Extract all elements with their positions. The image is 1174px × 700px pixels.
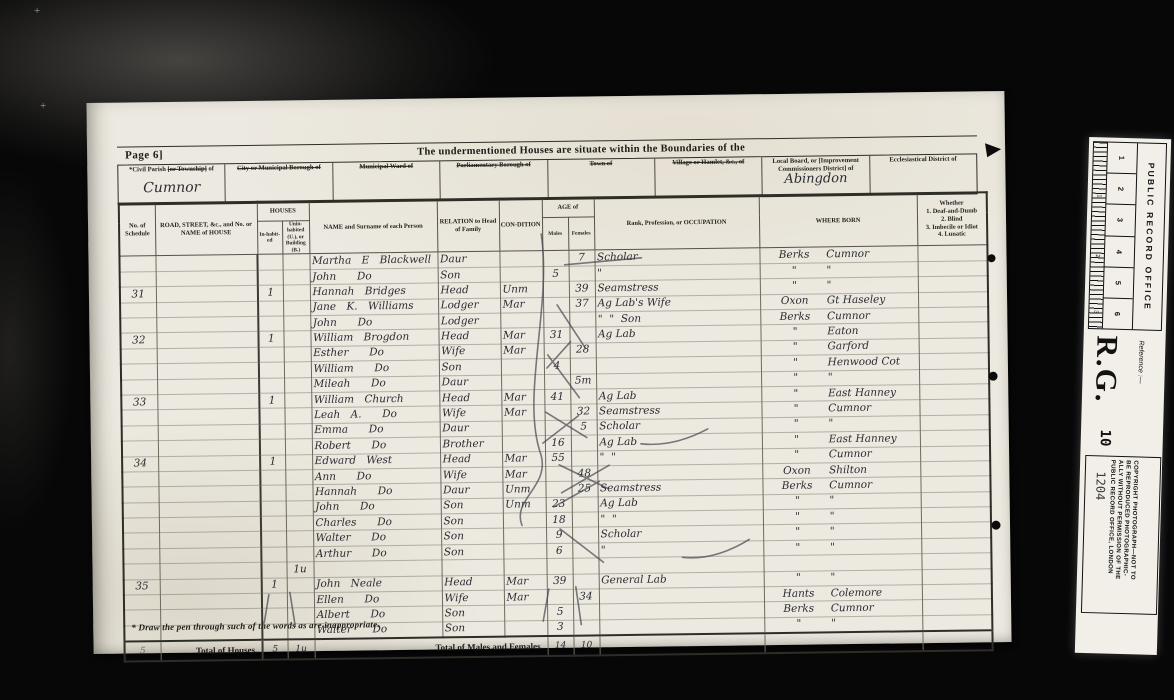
parliamentary-borough-label: Parliamentary Borough of xyxy=(443,161,543,171)
cell-road-street xyxy=(160,578,262,595)
cell-relation: Head xyxy=(438,282,500,298)
cell-road-street xyxy=(159,547,261,564)
cell-houses-uninhabited xyxy=(287,577,314,593)
cell-houses-uninhabited: 1u xyxy=(286,562,313,578)
born-place: Cumnor xyxy=(831,601,917,615)
header-where-born: WHERE BORN xyxy=(759,193,918,248)
cell-condition: Mar xyxy=(502,466,545,482)
cell-houses-inhabited xyxy=(260,470,285,486)
cell-age-male: 16 xyxy=(545,435,571,451)
cell-age-male: 55 xyxy=(545,451,571,467)
cell-road-street xyxy=(158,439,260,456)
cell-houses-uninhabited xyxy=(283,300,310,316)
cell-schedule-number: 35 xyxy=(124,579,160,595)
total-houses-label: Total of Houses.. xyxy=(160,640,262,661)
cell-relation: Wife xyxy=(442,590,504,606)
pro-reference-strip: 1 2 3 1 2 3 4 5 6 PUBLIC RECORD OFFICE R… xyxy=(1075,137,1171,655)
registration-cross-mark: + xyxy=(34,5,40,17)
ruler-cell: 6 xyxy=(1102,298,1133,329)
cell-age-male xyxy=(545,466,571,482)
cell-schedule-number xyxy=(121,364,157,380)
ruler-cell: 5 xyxy=(1103,267,1134,299)
cell-person-name: Walter Do xyxy=(313,529,441,546)
cell-road-street xyxy=(155,255,257,272)
cell-schedule-number xyxy=(122,425,158,441)
cell-houses-inhabited xyxy=(262,593,287,609)
cell-houses-uninhabited xyxy=(283,269,310,285)
cell-road-street xyxy=(156,332,258,349)
box-municipal-borough: City or Municipal Borough of xyxy=(226,163,334,202)
cell-road-street xyxy=(160,593,262,610)
born-county: " xyxy=(764,433,828,447)
cell-condition: Mar xyxy=(502,451,545,467)
cell-infirmity xyxy=(919,399,989,415)
cell-condition xyxy=(502,436,545,452)
cell-infirmity xyxy=(920,414,990,430)
cell-infirmity xyxy=(920,476,990,492)
village-label: Village or Hamlet, &c., of xyxy=(658,158,758,168)
born-county: " xyxy=(763,341,827,355)
cell-schedule-number xyxy=(122,487,158,503)
ecclesiastical-district-label: Ecclesiastical District of xyxy=(873,155,973,165)
cell-age-female xyxy=(569,312,595,328)
cell-schedule-number: 34 xyxy=(122,456,158,472)
cell-houses-uninhabited xyxy=(285,423,312,439)
cell-age-male: 5 xyxy=(547,605,573,621)
cell-road-street xyxy=(157,378,259,395)
cell-age-male xyxy=(544,374,570,390)
cell-houses-inhabited xyxy=(261,501,286,517)
cell-road-street xyxy=(157,393,259,410)
cell-age-male xyxy=(544,405,570,421)
cell-schedule-number xyxy=(121,379,157,395)
born-county: " xyxy=(765,495,829,509)
cell-houses-inhabited: 1 xyxy=(258,285,283,301)
cell-age-male: 31 xyxy=(543,328,569,344)
cell-relation: Son xyxy=(441,529,503,545)
cell-relation: Son xyxy=(438,267,500,283)
born-place: " xyxy=(829,494,915,508)
cell-condition: Mar xyxy=(501,343,544,359)
census-table: No. of Schedule ROAD, STREET, &c., and N… xyxy=(118,191,994,663)
cell-infirmity xyxy=(919,368,989,384)
cell-person-name: John Do xyxy=(310,314,438,331)
born-county: Berks xyxy=(767,602,831,616)
cell-person-name: John Do xyxy=(310,268,438,285)
header-infirmity: Whether 1. Deaf-and-Dumb 2. Blind 3. Imb… xyxy=(917,192,988,246)
cell-infirmity xyxy=(919,338,989,354)
born-county: " xyxy=(764,402,828,416)
cell-schedule-number xyxy=(121,348,157,364)
cell-age-female: 37 xyxy=(569,296,595,312)
cell-age-male: 4 xyxy=(544,358,570,374)
cell-relation: Son xyxy=(441,498,503,514)
cell-person-name: John Do xyxy=(313,499,441,516)
cell-infirmity xyxy=(921,491,991,507)
cell-relation: Daur xyxy=(440,421,502,437)
ruler-cell-number: 6 xyxy=(1113,312,1122,316)
cell-houses-uninhabited xyxy=(285,469,312,485)
header-inhabited: In-habit-ed xyxy=(257,221,282,255)
cell-infirmity xyxy=(921,538,991,554)
header-condition: CON-DITION xyxy=(499,198,543,251)
cell-infirmity xyxy=(918,322,988,338)
born-place: " xyxy=(831,617,917,631)
cell-person-name: Jane K. Williams xyxy=(310,299,438,316)
cell-infirmity xyxy=(918,276,988,292)
total-females: 10 xyxy=(573,636,599,656)
cell-road-street xyxy=(157,362,259,379)
cell-age-male xyxy=(546,558,572,574)
box-ecclesiastical-district: Ecclesiastical District of xyxy=(870,154,977,193)
civil-parish-label: *Civil Parish [or Township] of xyxy=(121,165,221,175)
cell-condition xyxy=(503,528,546,544)
reference-series: R.G. xyxy=(1088,335,1124,404)
cell-houses-inhabited xyxy=(258,316,283,332)
cell-houses-inhabited xyxy=(259,378,284,394)
total-males: 14 xyxy=(547,636,573,656)
cell-condition xyxy=(503,559,546,575)
header-name: NAME and Surname of each Person xyxy=(309,199,438,254)
reference-series-number: 10 xyxy=(1097,429,1113,446)
cell-condition xyxy=(502,420,545,436)
cell-schedule-number xyxy=(121,410,157,426)
cell-infirmity xyxy=(920,430,990,446)
cell-age-female xyxy=(571,435,597,451)
box-town: Town of xyxy=(548,159,656,198)
cell-age-male: 9 xyxy=(546,528,572,544)
box-village: Village or Hamlet, &c., of xyxy=(655,157,763,196)
ruler-cell-number: 4 xyxy=(1114,249,1123,253)
box-civil-parish: *Civil Parish [or Township] of Cumnor xyxy=(118,164,226,203)
cell-person-name: Esther Do xyxy=(311,345,439,362)
cell-age-female xyxy=(572,527,598,543)
cell-person-name: Arthur Do xyxy=(313,545,441,562)
total-houses-inhabited: 5 xyxy=(262,640,287,660)
cell-infirmity xyxy=(920,445,990,461)
cell-schedule-number xyxy=(120,302,156,318)
born-county: " xyxy=(763,356,827,370)
cell-age-female: 7 xyxy=(568,250,594,266)
cell-infirmity xyxy=(918,291,988,307)
born-county: " xyxy=(765,510,829,524)
cell-relation: Son xyxy=(439,359,501,375)
cell-houses-inhabited xyxy=(257,254,282,270)
cell-person-name: Martha E Blackwell xyxy=(309,252,437,269)
public-record-office-text: PUBLIC RECORD OFFICE xyxy=(1135,143,1164,330)
born-county xyxy=(766,565,830,566)
cell-houses-inhabited xyxy=(259,347,284,363)
born-place: Colemore xyxy=(831,586,917,600)
born-county: " xyxy=(765,449,829,463)
cell-road-street xyxy=(157,409,259,426)
cell-person-name: William Brogdon xyxy=(310,329,438,346)
born-place: East Hanney xyxy=(829,432,915,446)
born-county: " xyxy=(762,264,826,278)
cell-age-female: 32 xyxy=(570,404,596,420)
ruler-cell: 1 xyxy=(1106,142,1137,174)
born-place: Shilton xyxy=(829,463,915,477)
header-age: AGE of xyxy=(542,197,594,217)
census-sheet: Page 6] The undermentioned Houses are si… xyxy=(86,91,1011,654)
cell-person-name: Ellen Do xyxy=(314,591,442,608)
cell-infirmity xyxy=(921,507,991,523)
cell-relation: Daur xyxy=(440,482,502,498)
cell-person-name: John Neale xyxy=(314,576,442,593)
cell-age-female xyxy=(569,266,595,282)
born-county: " xyxy=(766,572,830,586)
registration-cross-mark: + xyxy=(40,100,46,112)
born-county: " xyxy=(764,418,828,432)
header-age-females: Females xyxy=(568,217,594,251)
civil-parish-label-pre: *Civil Parish xyxy=(129,166,168,174)
cell-houses-uninhabited xyxy=(284,362,311,378)
cell-age-female xyxy=(573,573,599,589)
born-place: Cumnor xyxy=(827,309,913,323)
cell-age-male xyxy=(545,481,571,497)
cell-houses-uninhabited xyxy=(286,546,313,562)
box-municipal-ward: Municipal Ward of xyxy=(333,161,441,200)
cell-relation: Brother xyxy=(440,436,502,452)
cell-houses-uninhabited xyxy=(286,516,313,532)
municipal-ward-label: Municipal Ward of xyxy=(336,162,436,172)
cell-road-street xyxy=(158,470,260,487)
page-number: Page 6] xyxy=(125,149,163,161)
cell-age-male xyxy=(545,420,571,436)
cell-age-male: 39 xyxy=(547,574,573,590)
born-place: East Hanney xyxy=(828,386,914,400)
cell-infirmity xyxy=(919,384,989,400)
ruler-tick-number: 2 xyxy=(1094,254,1100,258)
cell-houses-uninhabited xyxy=(285,485,312,501)
header-schedule: No. of Schedule xyxy=(119,203,156,256)
local-board-value: Abingdon xyxy=(763,171,870,187)
ruler-cell-number: 2 xyxy=(1116,187,1125,191)
born-county: " xyxy=(762,279,826,293)
cell-houses-uninhabited xyxy=(286,531,313,547)
cell-relation: Son xyxy=(441,513,503,529)
cell-infirmity xyxy=(921,522,991,538)
cell-houses-inhabited xyxy=(260,424,285,440)
cell-relation: Lodger xyxy=(438,313,500,329)
civil-parish-value: Cumnor xyxy=(118,179,225,196)
cell-person-name: William Do xyxy=(311,360,439,377)
cell-schedule-number xyxy=(120,318,156,334)
cell-houses-uninhabited xyxy=(284,377,311,393)
cell-age-male xyxy=(543,312,569,328)
cell-road-street xyxy=(156,270,258,287)
cell-houses-uninhabited xyxy=(285,454,312,470)
cell-relation: Head xyxy=(440,452,502,468)
cell-age-female xyxy=(572,543,598,559)
cell-age-male: 5 xyxy=(543,266,569,282)
cell-infirmity xyxy=(922,599,992,615)
cell-person-name: Robert Do xyxy=(312,437,440,454)
totals-empty-cell xyxy=(922,630,992,651)
cell-houses-inhabited xyxy=(261,531,286,547)
cell-relation: Lodger xyxy=(438,298,500,314)
box-parliamentary-borough: Parliamentary Borough of xyxy=(440,160,548,199)
cell-houses-uninhabited xyxy=(283,285,310,301)
census-rows: Martha E BlackwellDaur7ScholarBerksCumno… xyxy=(119,245,992,642)
cell-age-female xyxy=(572,512,598,528)
totals-pencil-note: 5 xyxy=(124,641,160,661)
cell-age-male xyxy=(542,251,568,267)
cell-houses-inhabited xyxy=(259,362,284,378)
cell-age-male xyxy=(543,297,569,313)
ruler-cell: 2 xyxy=(1105,174,1136,206)
civil-parish-label-post: of xyxy=(207,165,214,172)
pro-ruler-box: 1 2 3 1 2 3 4 5 6 PUBLIC RECORD OFFICE xyxy=(1088,141,1167,331)
cell-infirmity xyxy=(922,615,992,632)
header-age-males: Males xyxy=(542,217,568,251)
born-county: " xyxy=(766,541,830,555)
born-place: Garford xyxy=(827,340,913,354)
scanned-census-page: + + Page 6] The undermentioned Houses ar… xyxy=(0,0,1174,700)
cell-condition xyxy=(501,359,544,375)
total-males-females-label: Total of Males and Females.. xyxy=(314,636,547,659)
cell-age-male xyxy=(544,343,570,359)
cell-houses-uninhabited xyxy=(284,346,311,362)
cell-schedule-number: 32 xyxy=(120,333,156,349)
born-county: " xyxy=(764,387,828,401)
cell-condition xyxy=(504,605,547,621)
cell-person-name: Edward West xyxy=(312,452,440,469)
born-county: Berks xyxy=(762,248,826,262)
born-place: " xyxy=(828,417,914,431)
cell-houses-uninhabited xyxy=(284,408,311,424)
cell-infirmity xyxy=(922,568,992,584)
cell-condition: Mar xyxy=(501,405,544,421)
cell-schedule-number xyxy=(123,548,159,564)
cell-infirmity xyxy=(917,245,987,261)
born-county: " xyxy=(767,618,831,632)
cell-relation: Son xyxy=(442,606,504,622)
cell-houses-inhabited xyxy=(258,301,283,317)
cell-age-female xyxy=(570,389,596,405)
infirmity-line: 4. Lunatic xyxy=(918,230,987,239)
cell-schedule-number xyxy=(123,518,159,534)
cell-age-female: 48 xyxy=(571,466,597,482)
header-occupation: Rank, Profession, or OCCUPATION xyxy=(594,195,760,250)
cell-schedule-number xyxy=(122,472,158,488)
cell-infirmity xyxy=(921,553,991,569)
cell-condition: Unm xyxy=(502,482,545,498)
office-label: PUBLIC RECORD OFFICE xyxy=(1142,162,1156,311)
ruler-cell-number: 3 xyxy=(1115,218,1124,222)
cell-houses-inhabited xyxy=(261,562,286,578)
born-place: " xyxy=(830,524,916,538)
cell-schedule-number xyxy=(120,271,156,287)
born-place xyxy=(830,564,916,565)
ruler-cell: 3 xyxy=(1104,205,1135,237)
ruler-cell: 4 xyxy=(1104,236,1135,268)
born-place: " xyxy=(826,263,912,277)
born-county: Oxon xyxy=(763,295,827,309)
born-place: " xyxy=(827,278,913,292)
cell-houses-uninhabited xyxy=(285,439,312,455)
cell-infirmity xyxy=(919,353,989,369)
cell-age-male: 6 xyxy=(546,543,572,559)
totals-empty-cell xyxy=(599,633,764,655)
cell-age-female xyxy=(572,497,598,513)
born-county: Oxon xyxy=(765,464,829,478)
born-county: Hants xyxy=(766,587,830,601)
box-local-board: Local Board, or [Improvement Commissione… xyxy=(762,156,870,195)
cell-condition xyxy=(500,266,543,282)
born-place: Henwood Cot xyxy=(828,355,914,369)
born-county: " xyxy=(766,525,830,539)
cell-person-name: Mileah Do xyxy=(311,375,439,392)
cell-condition xyxy=(500,313,543,329)
born-place: Cumnor xyxy=(826,247,912,261)
cell-age-female: 5m xyxy=(570,373,596,389)
cell-road-street xyxy=(156,286,258,303)
born-place: Gt Haseley xyxy=(827,294,913,308)
cell-infirmity xyxy=(918,261,988,277)
cell-houses-uninhabited xyxy=(283,316,310,332)
cell-relation: Head xyxy=(438,329,500,345)
cell-age-female xyxy=(569,327,595,343)
cell-houses-inhabited xyxy=(261,516,286,532)
cell-houses-inhabited xyxy=(261,547,286,563)
cell-road-street xyxy=(158,424,260,441)
cell-age-female xyxy=(573,604,599,620)
cell-age-female: 5 xyxy=(571,420,597,436)
cell-age-female xyxy=(573,620,599,636)
cell-houses-inhabited: 1 xyxy=(258,331,283,347)
cell-person-name: Hannah Do xyxy=(312,483,440,500)
born-place: " xyxy=(830,509,916,523)
municipal-borough-label: City or Municipal Borough of xyxy=(229,164,329,174)
cell-condition: Unm xyxy=(500,282,543,298)
cell-schedule-number: 31 xyxy=(120,287,156,303)
cell-relation xyxy=(441,559,503,575)
cell-infirmity xyxy=(920,461,990,477)
cell-schedule-number xyxy=(119,256,155,272)
total-houses-uninhabited: 1u xyxy=(287,639,314,659)
cell-houses-uninhabited xyxy=(286,500,313,516)
cell-schedule-number xyxy=(123,502,159,518)
cell-houses-uninhabited xyxy=(283,331,310,347)
cell-condition: Mar xyxy=(500,297,543,313)
cell-road-street xyxy=(159,516,261,533)
cell-relation: Daur xyxy=(439,375,501,391)
cell-houses-inhabited: 1 xyxy=(259,393,284,409)
cell-road-street xyxy=(157,347,259,364)
cell-schedule-number: 33 xyxy=(121,395,157,411)
cell-age-male: 18 xyxy=(546,512,572,528)
cell-condition xyxy=(499,251,542,267)
cell-age-female: 39 xyxy=(569,281,595,297)
cell-relation: Daur xyxy=(437,252,499,268)
cell-relation: Son xyxy=(441,544,503,560)
cell-condition: Mar xyxy=(504,590,547,606)
cell-age-female: 25 xyxy=(571,481,597,497)
ruler-cell-number: 1 xyxy=(1117,156,1126,160)
cell-person-name: Leah A. Do xyxy=(311,406,439,423)
cell-condition: Mar xyxy=(504,574,547,590)
cell-schedule-number xyxy=(124,595,160,611)
cell-road-street xyxy=(159,532,261,549)
cell-person-name xyxy=(313,560,441,577)
born-place: Eaton xyxy=(827,324,913,338)
totals-empty-cell xyxy=(764,631,922,653)
cell-houses-uninhabited xyxy=(284,393,311,409)
cell-age-male: 41 xyxy=(544,389,570,405)
born-county: " xyxy=(764,372,828,386)
cell-infirmity xyxy=(922,584,992,600)
